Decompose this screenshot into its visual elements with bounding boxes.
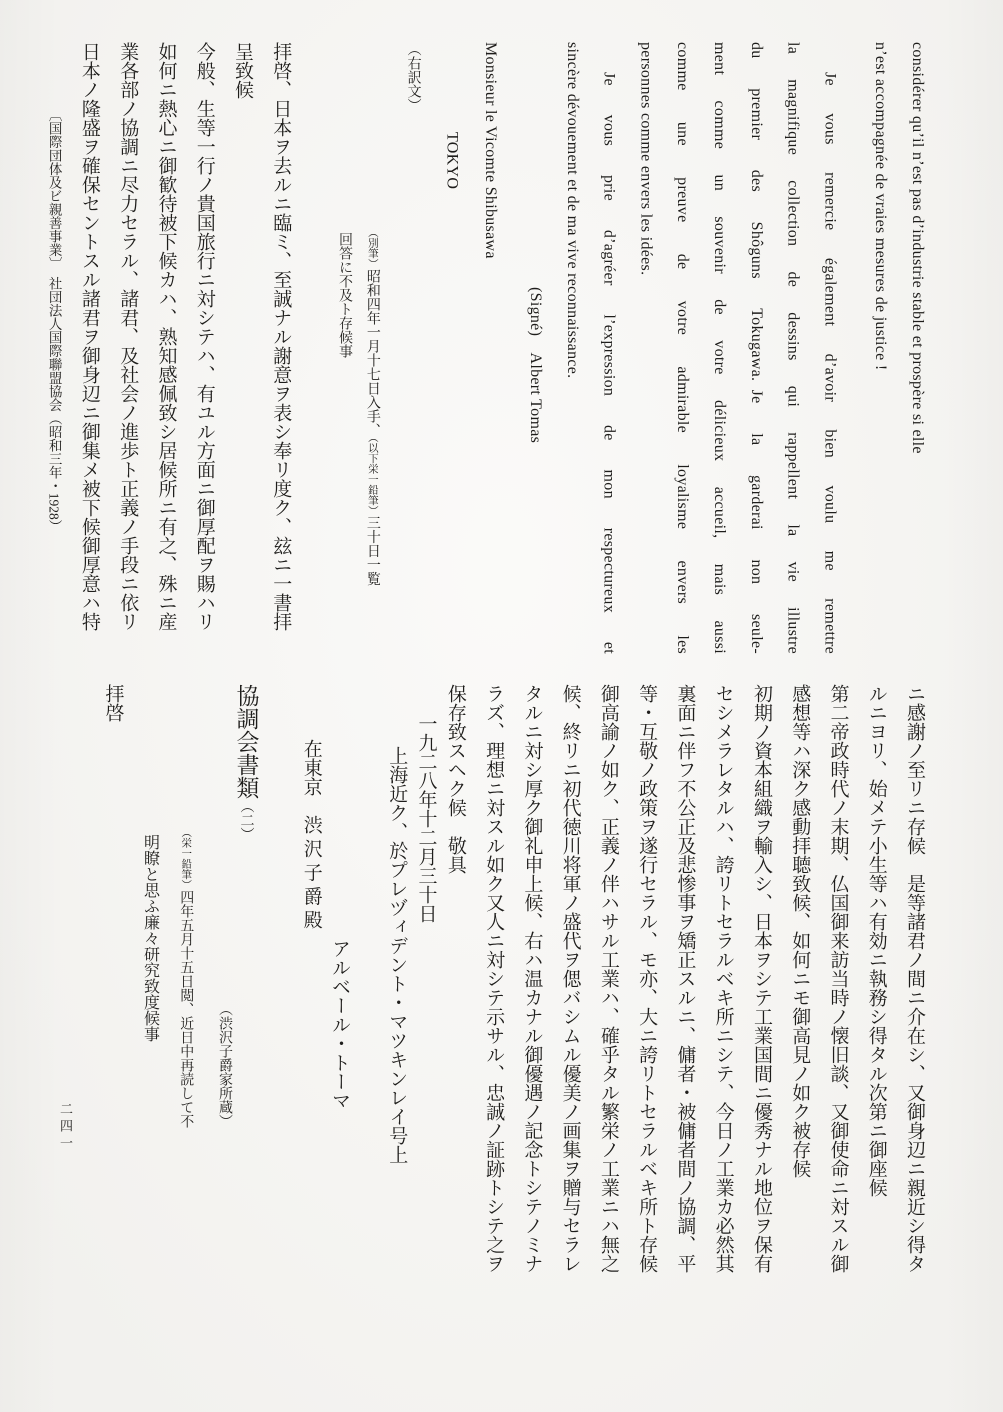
french-text-column: considérer qu’il n’est pas d’industrie s… (908, 42, 925, 654)
japanese-text-column: ニ感謝ノ至リニ存候 是等諸君ノ間ニ介在シ、又御身辺ニ親近シ得タ (904, 684, 925, 1306)
page-number: 二四一 (56, 1102, 75, 1153)
running-head: 〔国際団体及ビ親善事業〕 社団法人国際聯盟協会（昭和三年・1928） (45, 108, 61, 654)
translation-note: （右訳文） (404, 42, 421, 654)
japanese-text-column: 呈致候 (232, 42, 253, 654)
memo-continuation: 明瞭と思ふ廉々研究致度候事 (141, 834, 159, 1306)
place-line: 上海近ク、於プレヅィデント・マツキンレイ号上 (386, 746, 407, 1306)
japanese-text-column: 裏面ニ伴フ不公正及悲惨事ヲ矯正スルニ、傭者・被傭者間ノ協調、平 (674, 684, 695, 1306)
doc-heading: 協調会書類（二） (232, 684, 258, 1306)
reply-annotation: 回答に不及ト存候事 (335, 232, 352, 654)
french-text-column: sincère dévouement et de ma vive reconna… (563, 42, 580, 654)
hand-note: （別筆） (367, 227, 378, 269)
review-date: 三十日一覧 (365, 516, 380, 586)
japanese-text-column: 拝啓、日本ヲ去ルニ臨ミ、至誠ナル謝意ヲ表シ奉リ度ク、玆ニ一書拝 (270, 42, 291, 654)
japanese-text-column: タルニ対シ厚ク御礼申上候、右ハ温カナル御優遇ノ記念トシテノミナ (521, 684, 542, 1306)
upper-text-block: considérer qu’il n’est pas d’industrie s… (45, 42, 925, 654)
doc-heading-title: 協調会書類 (233, 684, 258, 799)
lower-text-block: ニ感謝ノ至リニ存候 是等諸君ノ間ニ介在シ、又御身辺ニ親近シ得タ ルニヨリ、始メテ… (85, 684, 925, 1306)
japanese-text-column: 感想等ハ深ク感動拝聴致候、如何ニモ御高見ノ如ク被存候 (789, 684, 810, 1306)
hand-note: （栄一鉛筆） (180, 827, 191, 890)
hand-note: （以下栄一鉛筆） (367, 437, 378, 516)
french-text-column: comme une preuve de votre admirable loya… (673, 42, 690, 654)
japanese-text-column: 今般、生等一行ノ貴国旅行ニ対シテハ、有ユル方面ニ御厚配ヲ賜ハリ (193, 42, 214, 654)
receipt-annotation: （別筆）昭和四年一月十七日入手、（以下栄一鉛筆）三十日一覧 (363, 227, 380, 654)
japanese-text-column: ラズ、理想ニ対スル如ク又人ニ対シテ示サル、忠誠ノ証跡トシテ之ヲ (483, 684, 504, 1306)
french-text-column: Je vous prie d’agréer l’expression de mo… (600, 42, 617, 654)
japanese-text-column: 等・互敬ノ政策ヲ遂行セラル、モ亦、大ニ誇リトセラルベキ所ト存候 (636, 684, 657, 1306)
memo-text: 四年五月十五日閲、近日中再読して不 (178, 890, 193, 1128)
japanese-text-column: 第二帝政時代ノ末期、仏国御来訪当時ノ懐旧談、又御使命ニ対スル御 (827, 684, 848, 1306)
french-text-column: du premier des Shôguns Tokugawa. Je la g… (747, 42, 764, 654)
closing-line: 保存致スヘク候 敬具 (445, 684, 466, 1306)
signature-line-japanese: アルベール・トーマ (329, 939, 350, 1306)
french-text-column: la magnifique collection de dessins qui … (784, 42, 801, 654)
french-text-column: personnes comme envers les idées. (637, 42, 654, 654)
date-line: 一九二八年十二月三十日 (415, 714, 436, 1306)
japanese-text-column: 業各部ノ協調ニ尽力セラル、諸君、及社会ノ進歩ト正義ノ手段ニ依リ (117, 42, 138, 654)
japanese-text-column: ルニヨリ、始メテ小生等ハ有効ニ執務シ得タル次第ニ御座候 (865, 684, 886, 1306)
receipt-date: 昭和四年一月十七日入手、 (365, 269, 380, 437)
doc-heading-number: （二） (238, 799, 253, 841)
japanese-text-column: 初期ノ資本組織ヲ輸入シ、日本ヲシテ工業国間ニ優秀ナル地位ヲ保有 (751, 684, 772, 1306)
tokyo-line: TOKYO (443, 132, 460, 654)
japanese-text-column: セシメラレタルハ、誇リトセラルベキ所ニシテ、今日ノ工業カ必然其 (712, 684, 733, 1306)
japanese-text-column: 候、終リニ初代徳川将軍ノ盛代ヲ偲バシムル優美ノ画集ヲ贈与セラレ (559, 684, 580, 1306)
french-text-column: n’est accompagnée de vraies mesures de j… (871, 42, 888, 654)
japanese-text-column: 如何ニ熱心ニ御歓待被下候カハ、熟知感佩致シ居候所ニ有之、殊ニ産 (155, 42, 176, 654)
japanese-text-column: 御高諭ノ如ク、正義ノ伴ハサル工業ハ、確乎タル繁栄ノ工業ニハ無之 (598, 684, 619, 1306)
french-text-column: Je vous remercie également d’avoir bien … (821, 42, 838, 654)
eiichi-memo: （栄一鉛筆）四年五月十五日閲、近日中再読して不 (176, 827, 193, 1306)
signature-line-french: (Signé) Albert Tomas (526, 287, 543, 654)
addressee-line-french: Monsieur le Vicomte Shibusawa (481, 42, 498, 654)
ownership-note: （渋沢子爵家所蔵） (215, 1002, 232, 1306)
addressee-line-japanese: 在東京 渋 沢 子 爵 殿 (300, 739, 321, 1306)
salutation: 拝啓 (102, 684, 123, 1306)
french-text-column: ment comme un souvenir de votre délicieu… (710, 42, 727, 654)
japanese-text-column: 日本ノ隆盛ヲ確保セントスル諸君ヲ御身辺ニ御集メ被下候御厚意ハ特 (79, 42, 100, 654)
